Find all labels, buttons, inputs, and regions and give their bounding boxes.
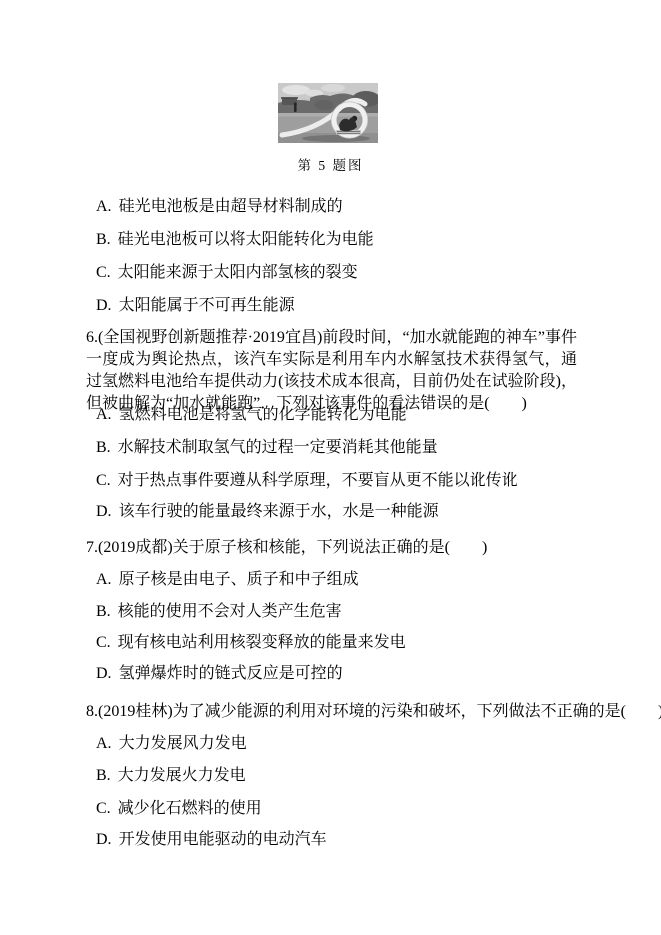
q8-option-c: C.减少化石燃料的使用	[96, 799, 262, 819]
q5-option-b: B.硅光电池板可以将太阳能转化为电能	[96, 230, 374, 250]
q6-option-b: B.水解技术制取氢气的过程一定要消耗其他能量	[96, 438, 438, 458]
q6-option-d: D.该车行驶的能量最终来源于水，水是一种能源	[96, 502, 439, 522]
option-label: D.	[96, 503, 112, 520]
q5-option-c: C.太阳能来源于太阳内部氢核的裂变	[96, 263, 358, 283]
option-text: 减少化石燃料的使用	[118, 800, 262, 817]
option-text: 核能的使用不会对人类产生危害	[118, 603, 342, 620]
option-label: D.	[96, 665, 112, 682]
option-text: 氢弹爆炸时的链式反应是可控的	[119, 665, 343, 682]
option-text: 水解技术制取氢气的过程一定要消耗其他能量	[118, 439, 438, 456]
option-text: 对于热点事件要遵从科学原理，不要盲从更不能以讹传讹	[118, 472, 518, 489]
option-label: B.	[96, 767, 111, 784]
q5-option-d: D.太阳能属于不可再生能源	[96, 296, 295, 316]
option-label: B.	[96, 231, 111, 248]
option-label: C.	[96, 472, 111, 489]
option-text: 大力发展火力发电	[118, 767, 246, 784]
question-8-stem: 8.(2019桂林)为了减少能源的利用对环境的污染和破坏，下列做法不正确的是( …	[86, 701, 661, 723]
option-text: 硅光电池板是由超导材料制成的	[119, 198, 343, 215]
option-label: A.	[96, 198, 112, 215]
q8-option-d: D.开发使用电能驱动的电动汽车	[96, 830, 327, 850]
option-text: 开发使用电能驱动的电动汽车	[119, 831, 327, 848]
option-label: C.	[96, 264, 111, 281]
q6-option-c: C.对于热点事件要遵从科学原理，不要盲从更不能以讹传讹	[96, 471, 518, 491]
option-text: 硅光电池板可以将太阳能转化为电能	[118, 231, 374, 248]
option-text: 该车行驶的能量最终来源于水，水是一种能源	[119, 503, 439, 520]
option-label: A.	[96, 735, 112, 752]
question5-figure-photo	[278, 83, 378, 143]
figure-caption: 第 5 题图	[0, 157, 661, 175]
option-label: C.	[96, 800, 111, 817]
option-text: 原子核是由电子、质子和中子组成	[119, 571, 359, 588]
option-label: B.	[96, 439, 111, 456]
q7-option-c: C.现有核电站利用核裂变释放的能量来发电	[96, 633, 406, 653]
question-7-stem: 7.(2019成都)关于原子核和核能，下列说法正确的是( )	[86, 537, 487, 559]
q5-option-a: A.硅光电池板是由超导材料制成的	[96, 197, 343, 217]
q8-option-a: A.大力发展风力发电	[96, 734, 247, 754]
photo-standing-person	[294, 103, 297, 113]
option-label: B.	[96, 603, 111, 620]
option-label: D.	[96, 297, 112, 314]
q7-option-b: B.核能的使用不会对人类产生危害	[96, 602, 342, 622]
q7-option-d: D.氢弹爆炸时的链式反应是可控的	[96, 664, 343, 684]
q7-option-a: A.原子核是由电子、质子和中子组成	[96, 570, 359, 590]
q8-option-b: B.大力发展火力发电	[96, 766, 246, 786]
option-text: 太阳能来源于太阳内部氢核的裂变	[118, 264, 358, 281]
worksheet-page: 第 5 题图 A.硅光电池板是由超导材料制成的 B.硅光电池板可以将太阳能转化为…	[0, 0, 661, 935]
option-label: D.	[96, 831, 112, 848]
option-text: 现有核电站利用核裂变释放的能量来发电	[118, 634, 406, 651]
option-text: 氢燃料电池是将氢气的化学能转化为电能	[119, 406, 407, 423]
option-text: 大力发展风力发电	[119, 735, 247, 752]
solar-chair-photo-illustration	[278, 83, 378, 143]
question-6-stem: 6.(全国视野创新题推荐·2019宜昌)前段时间，“加水就能跑的神车”事件一度成…	[86, 327, 577, 415]
option-text: 太阳能属于不可再生能源	[119, 297, 295, 314]
option-label: A.	[96, 406, 112, 423]
option-label: A.	[96, 571, 112, 588]
q6-option-a: A.氢燃料电池是将氢气的化学能转化为电能	[96, 405, 407, 425]
option-label: C.	[96, 634, 111, 651]
